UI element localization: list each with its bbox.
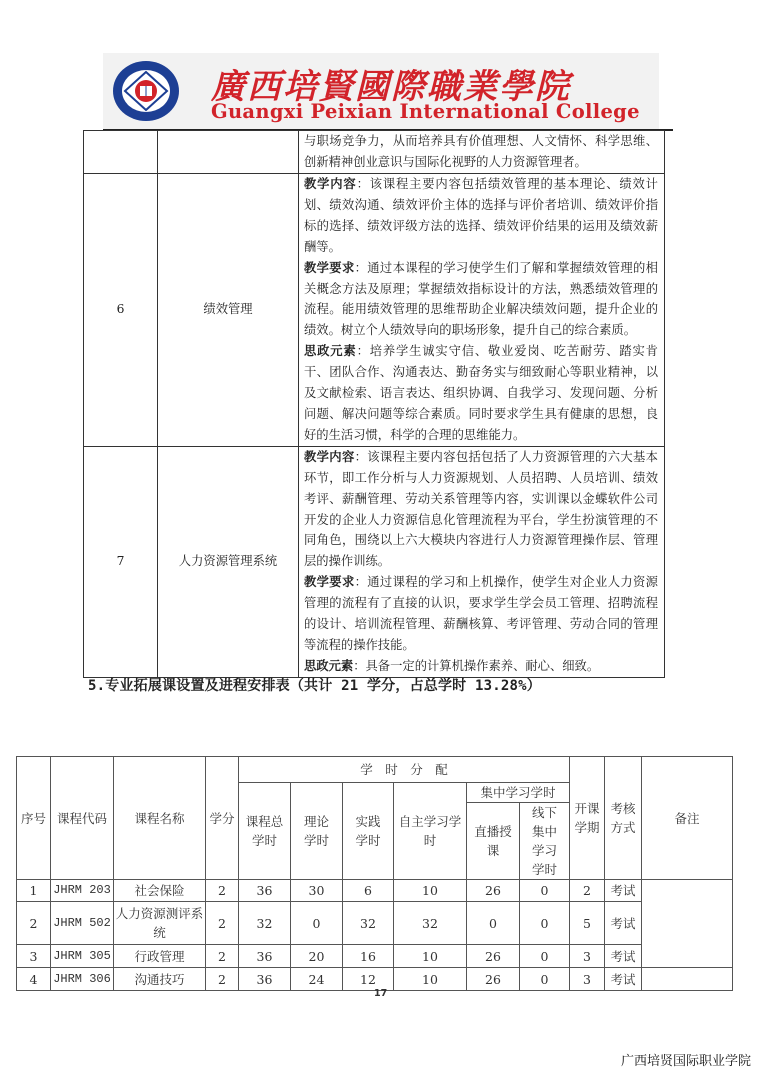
header-banner: 廣西培賢國際職業學院 Guangxi Peixian International… xyxy=(103,53,659,129)
header-name: 课程名称 xyxy=(114,757,206,880)
footer-school-name: 广西培贤国际职业学院 xyxy=(621,1050,751,1069)
ideological-elements: 思政元素：具备一定的计算机操作素养、耐心、细致。 xyxy=(304,656,658,677)
continuation-text: 与职场竞争力，从而培养具有价值理想、人文情怀、科学思维、创新精神创业意识与国际化… xyxy=(299,131,665,174)
table-row: 3 JHRM 305 行政管理 2 36 20 16 10 26 0 3 考试 xyxy=(17,945,733,968)
remark-cell xyxy=(642,880,733,968)
course-name: 人力资源管理系统 xyxy=(158,446,299,677)
header-remark: 备注 xyxy=(642,757,733,880)
course-description: 教学内容：该课程主要内容包括包括了人力资源管理的六大基本环节，即工作分析与人力资… xyxy=(299,446,665,677)
course-number: 6 xyxy=(84,174,158,447)
course-description-table: 与职场竞争力，从而培养具有价值理想、人文情怀、科学思维、创新精神创业意识与国际化… xyxy=(83,130,665,678)
header-credit: 学分 xyxy=(206,757,239,880)
header-hours-allocation: 学 时 分 配 xyxy=(239,757,570,783)
header-theory-hours: 理论学时 xyxy=(291,783,343,880)
teaching-requirement: 教学要求：通过课程的学习和上机操作，使学生对企业人力资源管理的流程有了直接的认识… xyxy=(304,572,658,656)
course-plan-table: 序号 课程代码 课程名称 学分 学 时 分 配 开课学期 考核方式 备注 课程总… xyxy=(16,756,733,991)
header-semester: 开课学期 xyxy=(570,757,605,880)
header-row: 序号 课程代码 课程名称 学分 学 时 分 配 开课学期 考核方式 备注 xyxy=(17,757,733,783)
teaching-content: 教学内容：该课程主要内容包括包括了人力资源管理的六大基本环节，即工作分析与人力资… xyxy=(304,447,658,572)
header-exam: 考核方式 xyxy=(605,757,642,880)
header-offline-study: 线下集中学习学时 xyxy=(520,803,570,880)
section-title: 5.专业拓展课设置及进程安排表（共计 21 学分，占总学时 13.28%） xyxy=(88,675,541,695)
college-logo-icon xyxy=(111,59,181,123)
school-name-en: Guangxi Peixian International College xyxy=(211,100,640,123)
header-practice-hours: 实践学时 xyxy=(343,783,394,880)
table-row: 1 JHRM 203 社会保险 2 36 30 6 10 26 0 2 考试 xyxy=(17,880,733,902)
header-total-hours: 课程总学时 xyxy=(239,783,291,880)
course-number: 7 xyxy=(84,446,158,677)
header-code: 课程代码 xyxy=(51,757,114,880)
course-name: 绩效管理 xyxy=(158,174,299,447)
header-live-teaching: 直播授课 xyxy=(467,803,520,880)
table-row: 2 JHRM 502 人力资源测评系统 2 32 0 32 32 0 0 5 考… xyxy=(17,902,733,945)
header-seq: 序号 xyxy=(17,757,51,880)
course-description: 教学内容：该课程主要内容包括绩效管理的基本理论、绩效计划、绩效沟通、绩效评价主体… xyxy=(299,174,665,447)
remark-cell xyxy=(642,968,733,991)
header-self-study-hours: 自主学习学时 xyxy=(394,783,467,880)
teaching-requirement: 教学要求：通过本课程的学习使学生们了解和掌握绩效管理的相关概念方法及原理；掌握绩… xyxy=(304,258,658,342)
ideological-elements: 思政元素：培养学生诚实守信、敬业爱岗、吃苦耐劳、踏实肯干、团队合作、沟通表达、勤… xyxy=(304,341,658,446)
page-number: 17 xyxy=(374,988,387,999)
header-focused-study-hours: 集中学习学时 xyxy=(467,783,570,803)
table-row: 7 人力资源管理系统 教学内容：该课程主要内容包括包括了人力资源管理的六大基本环… xyxy=(84,446,665,677)
teaching-content: 教学内容：该课程主要内容包括绩效管理的基本理论、绩效计划、绩效沟通、绩效评价主体… xyxy=(304,174,658,258)
table-row: 6 绩效管理 教学内容：该课程主要内容包括绩效管理的基本理论、绩效计划、绩效沟通… xyxy=(84,174,665,447)
table-row: 与职场竞争力，从而培养具有价值理想、人文情怀、科学思维、创新精神创业意识与国际化… xyxy=(84,131,665,174)
